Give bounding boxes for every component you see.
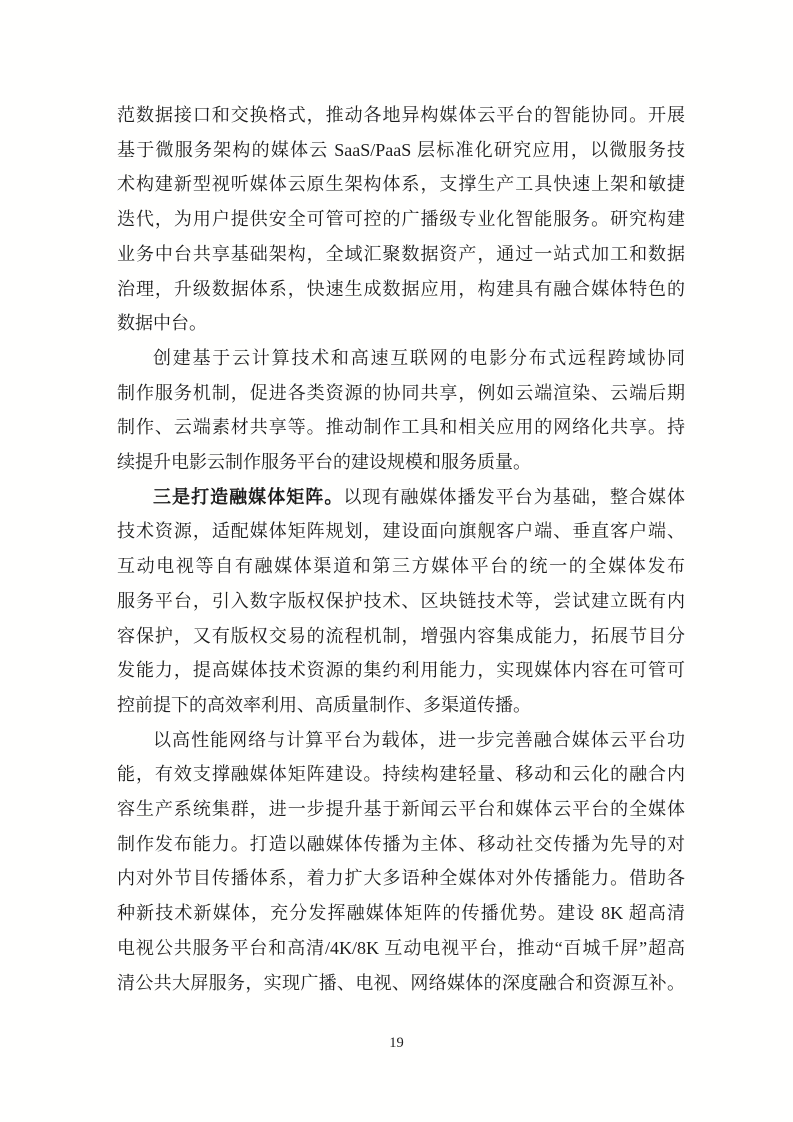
- text-line: 制作服务机制，促进各类资源的协同共享，例如云端渲染、云端后期: [117, 376, 685, 411]
- text-line: 技术资源，适配媒体矩阵规划，建设面向旗舰客户端、垂直客户端、: [117, 514, 685, 549]
- paragraph-2: 创建基于云计算技术和高速互联网的电影分布式远程跨域协同 制作服务机制，促进各类资…: [117, 341, 685, 480]
- text-line: 发能力，提高媒体技术资源的集约利用能力，实现媒体内容在可管可: [117, 653, 685, 688]
- text-line: 创建基于云计算技术和高速互联网的电影分布式远程跨域协同: [117, 341, 685, 376]
- document-body: 范数据接口和交换格式，推动各地异构媒体云平台的智能协同。开展 基于微服务架构的媒…: [117, 98, 685, 1000]
- text-line: 制作发布能力。打造以融媒体传播为主体、移动社交传播为先导的对: [117, 827, 685, 862]
- text-line: 三是打造融媒体矩阵。以现有融媒体播发平台为基础，整合媒体: [117, 480, 685, 515]
- paragraph-1: 范数据接口和交换格式，推动各地异构媒体云平台的智能协同。开展 基于微服务架构的媒…: [117, 98, 685, 341]
- text-line: 以高性能网络与计算平台为载体，进一步完善融合媒体云平台功: [117, 723, 685, 758]
- text-run: 以现有融媒体播发平台为基础，整合媒体: [343, 487, 685, 507]
- text-line: 基于微服务架构的媒体云 SaaS/PaaS 层标准化研究应用，以微服务技: [117, 133, 685, 168]
- text-line: 容生产系统集群，进一步提升基于新闻云平台和媒体云平台的全媒体: [117, 792, 685, 827]
- text-line: 数据中台。: [117, 306, 685, 341]
- page-number: 19: [389, 1035, 404, 1051]
- text-line: 互动电视等自有融媒体渠道和第三方媒体平台的统一的全媒体发布: [117, 549, 685, 584]
- text-line: 能，有效支撑融媒体矩阵建设。持续构建轻量、移动和云化的融合内: [117, 757, 685, 792]
- text-line: 治理，升级数据体系，快速生成数据应用，构建具有融合媒体特色的: [117, 272, 685, 307]
- text-line: 范数据接口和交换格式，推动各地异构媒体云平台的智能协同。开展: [117, 98, 685, 133]
- text-line: 容保护，又有版权交易的流程机制，增强内容集成能力，拓展节目分: [117, 619, 685, 654]
- document-page: 范数据接口和交换格式，推动各地异构媒体云平台的智能协同。开展 基于微服务架构的媒…: [0, 0, 793, 1122]
- text-line: 内对外节目传播体系，着力扩大多语种全媒体对外传播能力。借助各: [117, 861, 685, 896]
- paragraph-3: 三是打造融媒体矩阵。以现有融媒体播发平台为基础，整合媒体 技术资源，适配媒体矩阵…: [117, 480, 685, 723]
- page-footer: 19: [0, 1035, 793, 1052]
- text-line: 电视公共服务平台和高清/4K/8K 互动电视平台，推动“百城千屏”超高: [117, 931, 685, 966]
- text-line: 续提升电影云制作服务平台的建设规模和服务质量。: [117, 445, 685, 480]
- text-line: 控前提下的高效率利用、高质量制作、多渠道传播。: [117, 688, 685, 723]
- text-line: 种新技术新媒体，充分发挥融媒体矩阵的传播优势。建设 8K 超高清: [117, 896, 685, 931]
- text-line: 服务平台，引入数字版权保护技术、区块链技术等，尝试建立既有内: [117, 584, 685, 619]
- text-line: 清公共大屏服务，实现广播、电视、网络媒体的深度融合和资源互补。: [117, 966, 685, 1001]
- text-line: 迭代，为用户提供安全可管可控的广播级专业化智能服务。研究构建: [117, 202, 685, 237]
- paragraph-4: 以高性能网络与计算平台为载体，进一步完善融合媒体云平台功 能，有效支撑融媒体矩阵…: [117, 723, 685, 1001]
- text-line: 业务中台共享基础架构，全域汇聚数据资产，通过一站式加工和数据: [117, 237, 685, 272]
- section-heading-lead: 三是打造融媒体矩阵。: [153, 487, 343, 507]
- text-line: 制作、云端素材共享等。推动制作工具和相关应用的网络化共享。持: [117, 410, 685, 445]
- text-line: 术构建新型视听媒体云原生架构体系，支撑生产工具快速上架和敏捷: [117, 167, 685, 202]
